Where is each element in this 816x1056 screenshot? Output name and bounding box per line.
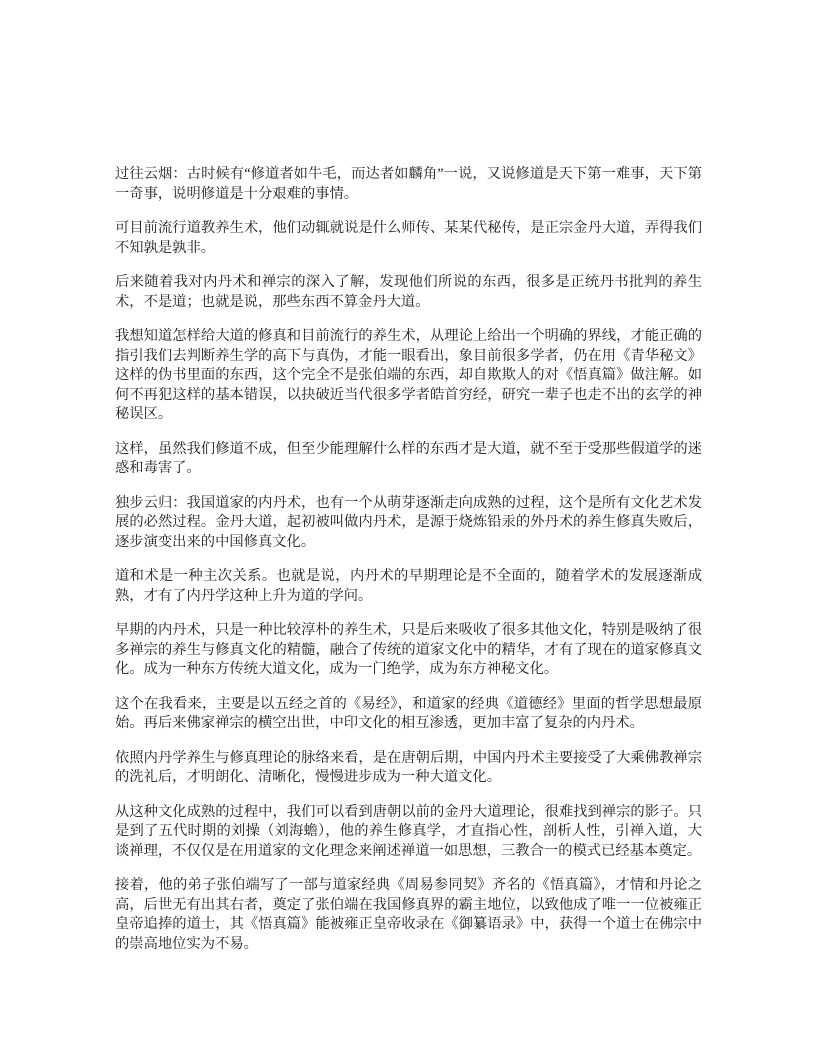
paragraph-4: 我想知道怎样给大道的修真和目前流行的养生术，从理论上给出一个明确的界线，才能正确…	[115, 327, 702, 425]
paragraph-5: 这样，虽然我们修道不成，但至少能理解什么样的东西才是大道，就不至于受那些假道学的…	[115, 440, 702, 479]
paragraph-8: 早期的内丹术，只是一种比较淳朴的养生术，只是后来吸收了很多其他文化，特别是吸纳了…	[115, 621, 702, 680]
paragraph-9: 这个在我看来，主要是以五经之首的《易经》，和道家的经典《道德经》里面的哲学思想最…	[115, 695, 702, 734]
document-content: 过往云烟：古时候有“修道者如牛毛，而达者如麟角”一说，又说修道是天下第一难事，天…	[115, 165, 702, 969]
paragraph-11: 从这种文化成熟的过程中，我们可以看到唐朝以前的金丹大道理论，很难找到禅宗的影子。…	[115, 803, 702, 862]
paragraph-3: 后来随着我对内丹术和禅宗的深入了解，发现他们所说的东西，很多是正统丹书批判的养生…	[115, 273, 702, 312]
paragraph-6: 独步云归：我国道家的内丹术，也有一个从萌芽逐渐走向成熟的过程，这个是所有文化艺术…	[115, 494, 702, 553]
paragraph-1: 过往云烟：古时候有“修道者如牛毛，而达者如麟角”一说，又说修道是天下第一难事，天…	[115, 165, 702, 204]
paragraph-7: 道和术是一种主次关系。也就是说，内丹术的早期理论是不全面的，随着学术的发展逐渐成…	[115, 567, 702, 606]
paragraph-12: 接着，他的弟子张伯端写了一部与道家经典《周易参同契》齐名的《悟真篇》，才情和丹论…	[115, 876, 702, 954]
paragraph-10: 依照内丹学养生与修真理论的脉络来看，是在唐朝后期，中国内丹术主要接受了大乘佛教禅…	[115, 749, 702, 788]
document-page: 过往云烟：古时候有“修道者如牛毛，而达者如麟角”一说，又说修道是天下第一难事，天…	[0, 0, 816, 1056]
paragraph-2: 可目前流行道教养生术，他们动辄就说是什么师传、某某代秘传，是正宗金丹大道，弄得我…	[115, 219, 702, 258]
